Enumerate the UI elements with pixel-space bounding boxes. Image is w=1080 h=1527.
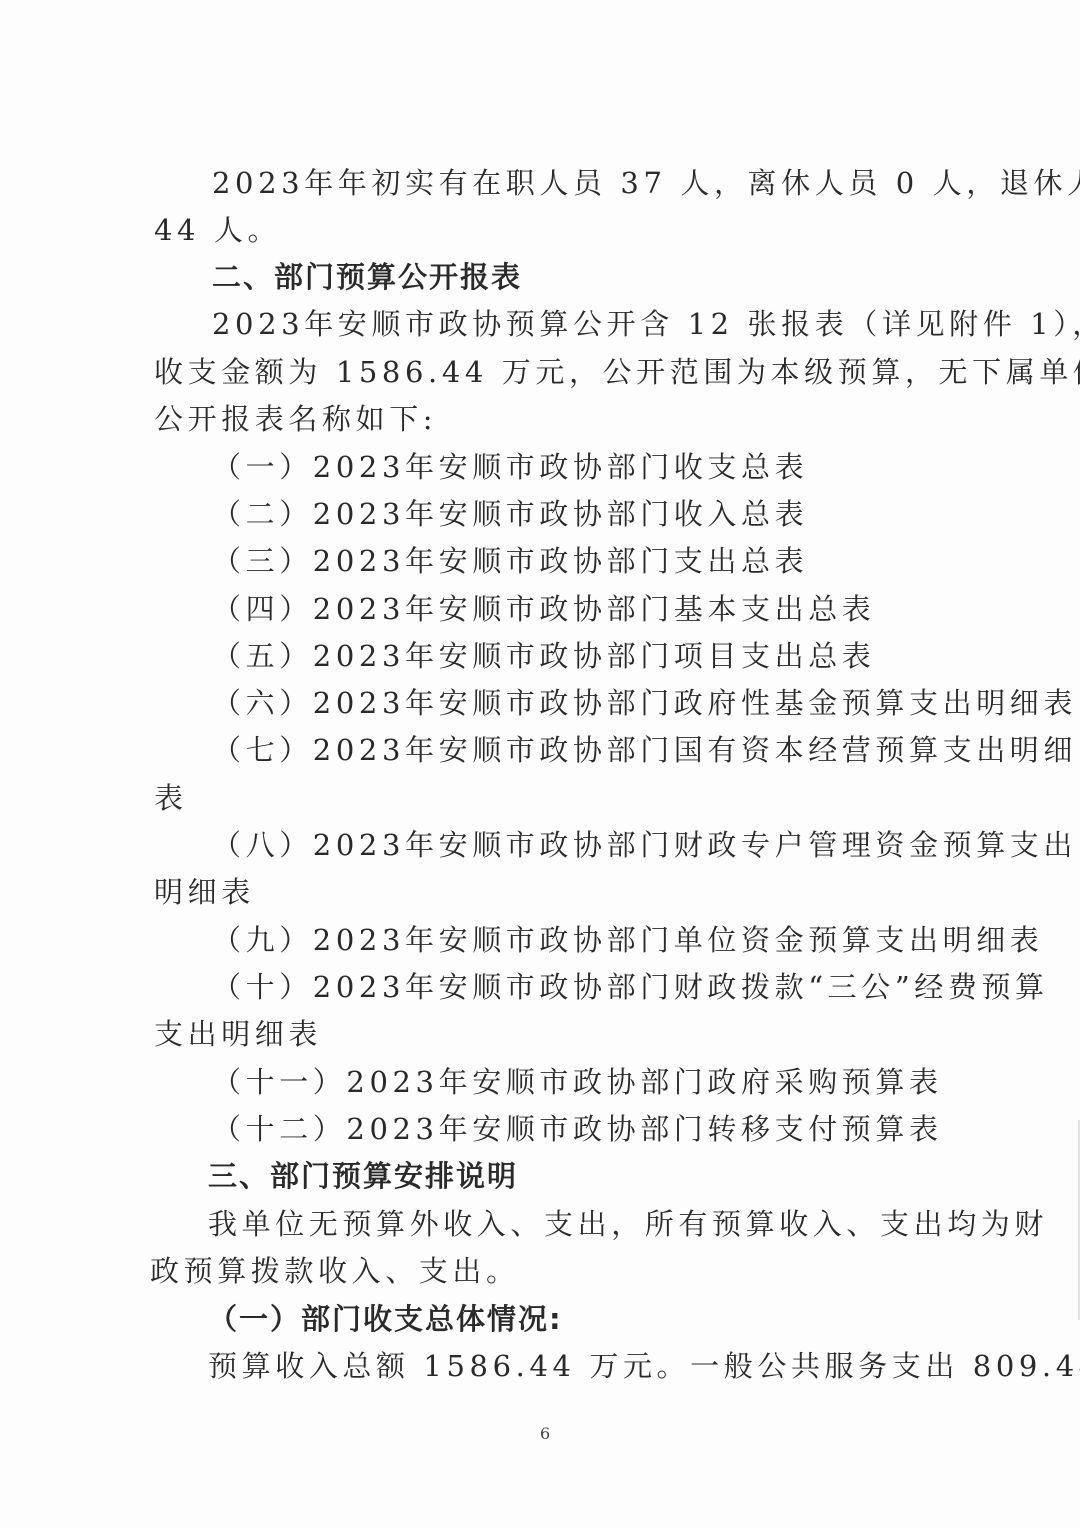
section3-para-line2: 政预算拨款收入、支出。 bbox=[150, 1253, 520, 1289]
report-item-8: （八）2023年安顺市政协部门财政专户管理资金预算支出 bbox=[212, 827, 1077, 863]
section3-heading: 三、部门预算安排说明 bbox=[208, 1158, 518, 1194]
report-item-7-cont: 表 bbox=[154, 780, 188, 816]
document-page: 2023年年初实有在职人员 37 人，离休人员 0 人，退休人员 44 人。 二… bbox=[0, 0, 1080, 1527]
report-item-7: （七）2023年安顺市政协部门国有资本经营预算支出明细 bbox=[212, 732, 1077, 768]
staff-paragraph-line1: 2023年年初实有在职人员 37 人，离休人员 0 人，退休人员 bbox=[212, 165, 1080, 201]
report-item-1: （一）2023年安顺市政协部门收支总表 bbox=[212, 449, 808, 485]
page-number: 6 bbox=[540, 1424, 550, 1443]
section2-intro-line1: 2023年安顺市政协预算公开含 12 张报表（详见附件 1）， bbox=[212, 306, 1080, 342]
report-item-12: （十二）2023年安顺市政协部门转移支付预算表 bbox=[212, 1111, 943, 1147]
report-item-9: （九）2023年安顺市政协部门单位资金预算支出明细表 bbox=[212, 922, 1043, 958]
report-item-4: （四）2023年安顺市政协部门基本支出总表 bbox=[212, 591, 875, 627]
staff-paragraph-line2: 44 人。 bbox=[154, 212, 281, 248]
subsection1-heading: （一）部门收支总体情况: bbox=[208, 1301, 563, 1337]
subsection1-line1: 预算收入总额 1586.44 万元。一般公共服务支出 809.44 万 bbox=[208, 1348, 1080, 1384]
report-item-6: （六）2023年安顺市政协部门政府性基金预算支出明细表 bbox=[212, 685, 1077, 721]
report-item-5: （五）2023年安顺市政协部门项目支出总表 bbox=[212, 638, 875, 674]
section2-intro-line2: 收支金额为 1586.44 万元，公开范围为本级预算，无下属单位。 bbox=[154, 354, 1080, 390]
section3-para-line1: 我单位无预算外收入、支出，所有预算收入、支出均为财 bbox=[208, 1206, 1048, 1242]
section2-heading: 二、部门预算公开报表 bbox=[212, 259, 522, 295]
report-item-10-cont: 支出明细表 bbox=[154, 1016, 322, 1052]
report-item-11: （十一）2023年安顺市政协部门政府采购预算表 bbox=[212, 1064, 943, 1100]
report-item-3: （三）2023年安顺市政协部门支出总表 bbox=[212, 543, 808, 579]
report-item-2: （二）2023年安顺市政协部门收入总表 bbox=[212, 496, 808, 532]
section2-intro-line3: 公开报表名称如下: bbox=[154, 401, 437, 437]
report-item-10: （十）2023年安顺市政协部门财政拨款“三公”经费预算 bbox=[212, 969, 1049, 1005]
report-item-8-cont: 明细表 bbox=[154, 874, 255, 910]
